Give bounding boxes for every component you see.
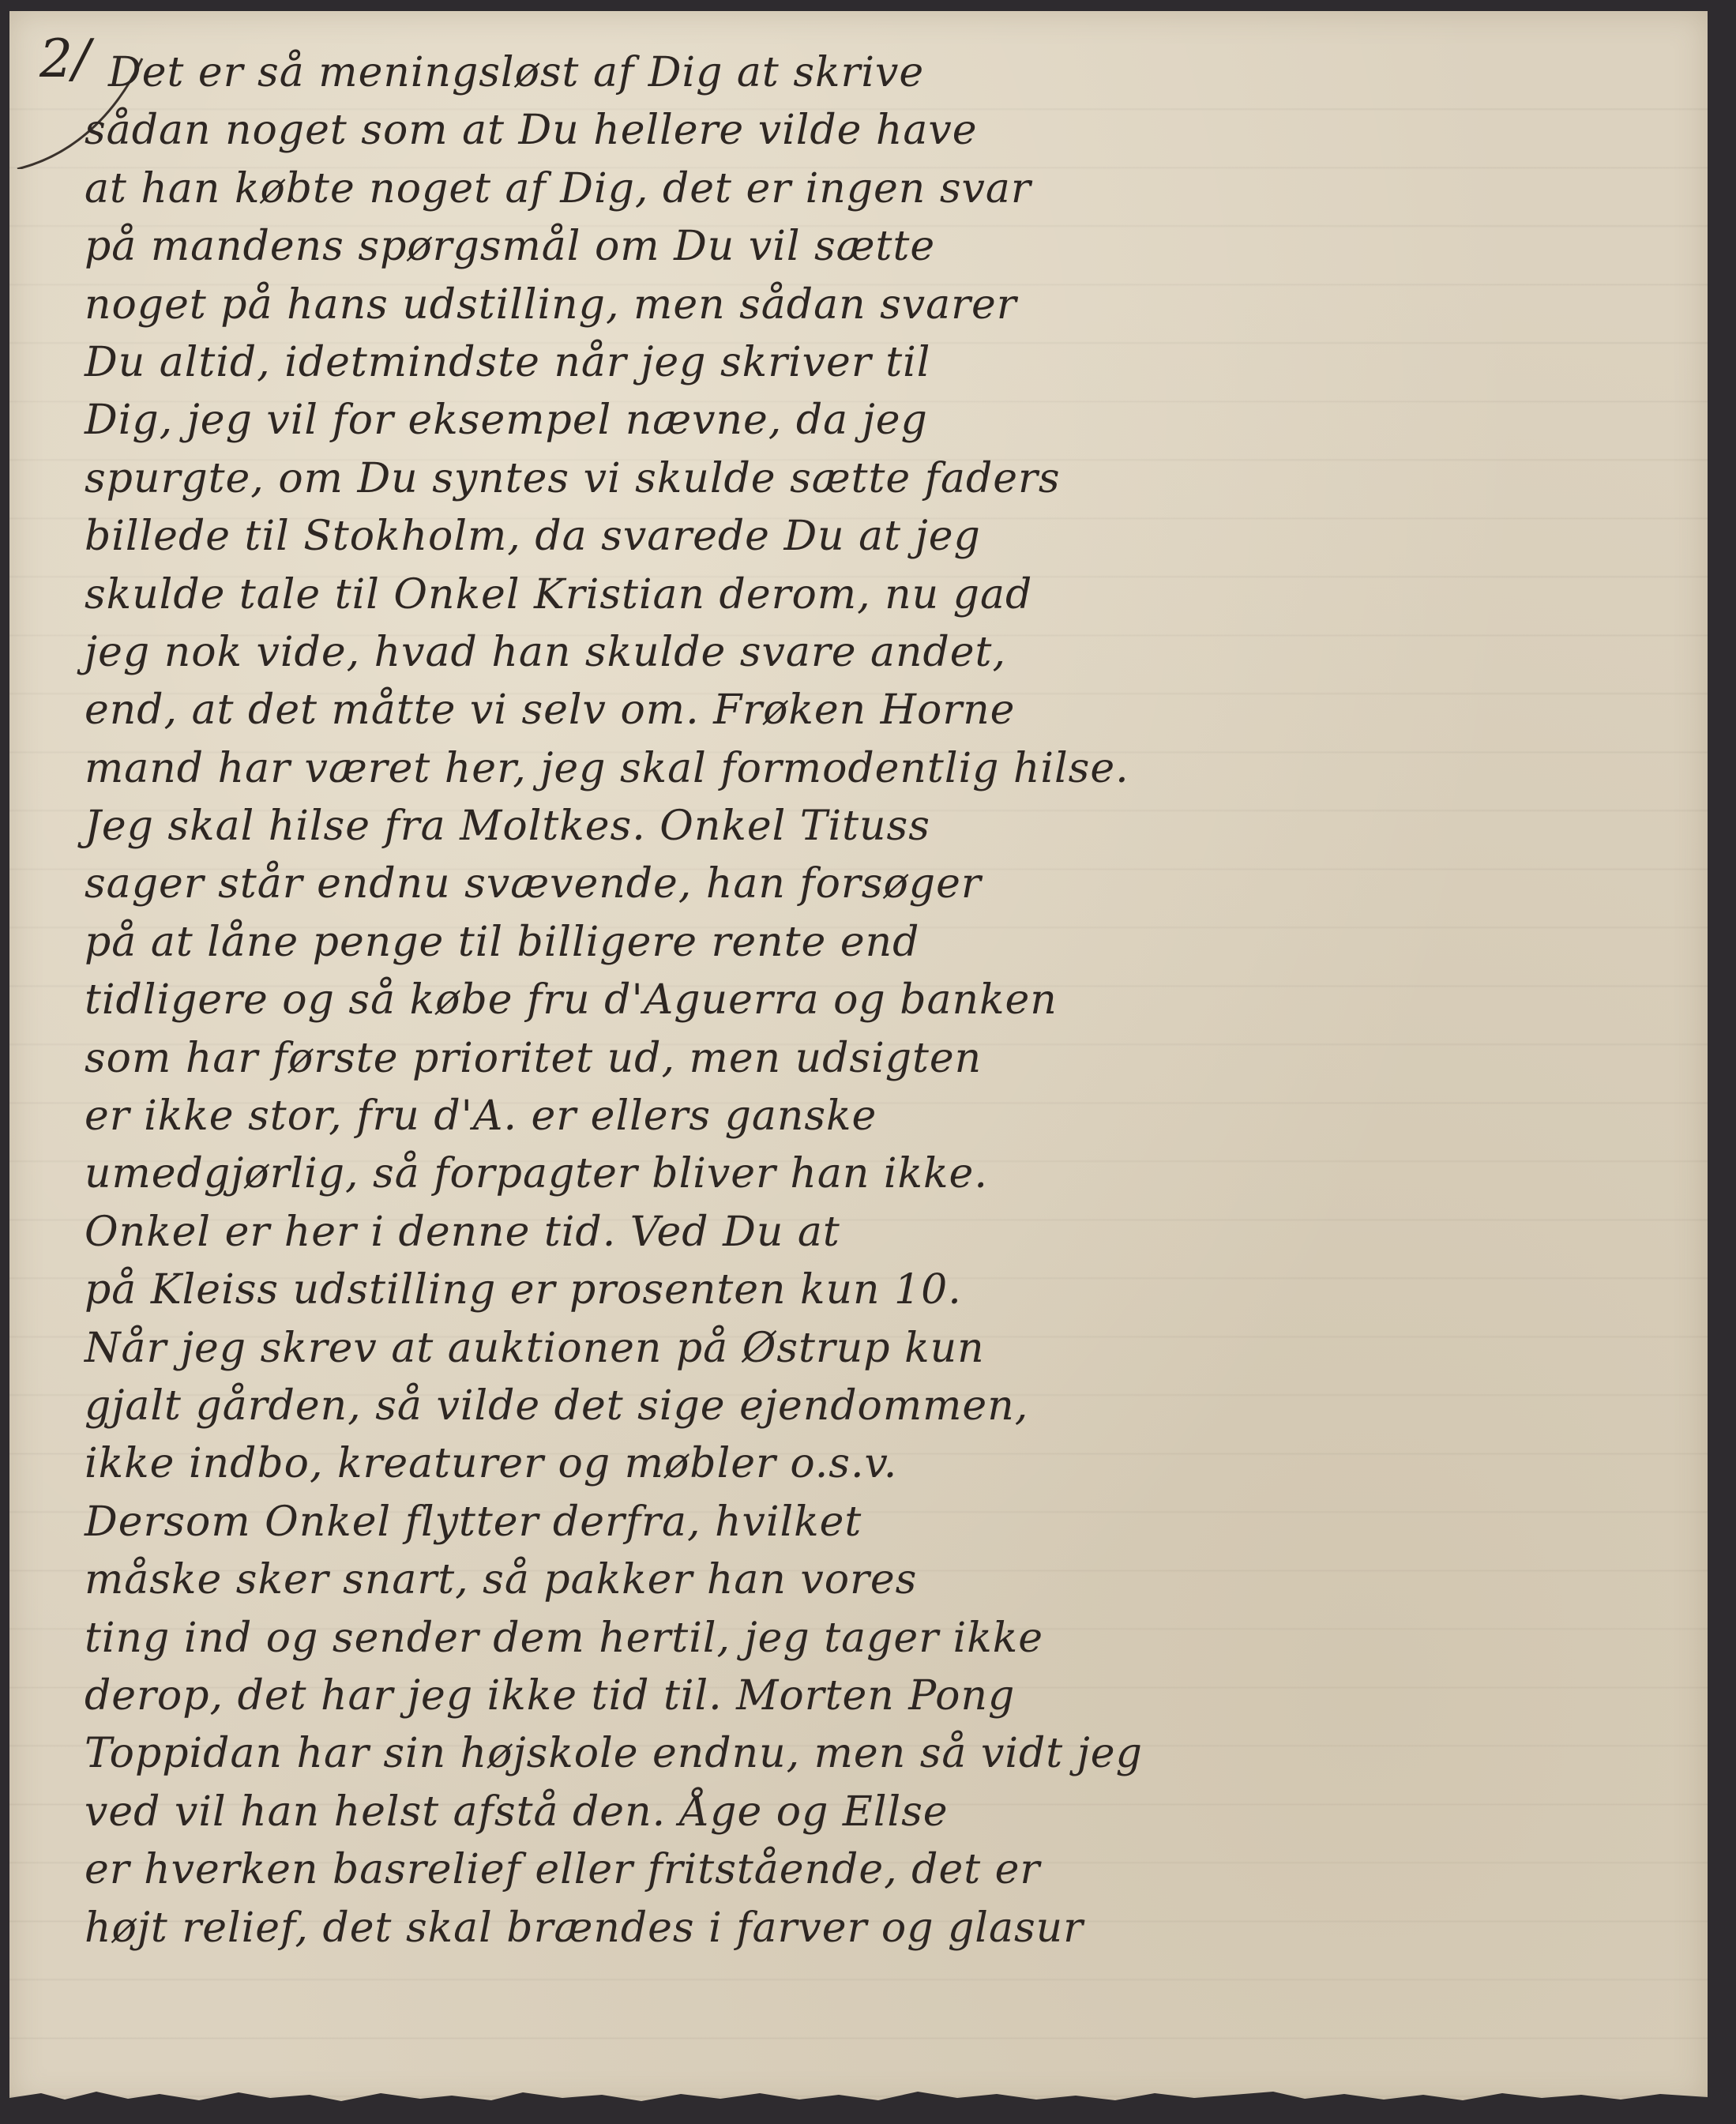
letter-body: Det er så meningsløst af Dig at skrive s… [85,44,1688,1957]
letter-line: umedgjørlig, så forpagter bliver han ikk… [85,1145,1688,1203]
letter-line: mand har været her, jeg skal formodentli… [85,740,1688,798]
letter-line: Dig, jeg vil for eksempel nævne, da jeg [85,392,1688,449]
letter-line: Onkel er her i denne tid. Ved Du at [85,1204,1688,1261]
letter-line: som har første prioritet ud, men udsigte… [85,1030,1688,1088]
letter-page: 2/ Det er så meningsløst af Dig at skriv… [9,11,1708,2104]
letter-line: højt relief, det skal brændes i farver o… [85,1900,1688,1957]
letter-line: ved vil han helst afstå den. Åge og Ells… [85,1784,1688,1841]
page-number: 2/ [39,28,90,89]
letter-line: billede til Stokholm, da svarede Du at j… [85,508,1688,566]
letter-line: sager står endnu svævende, han forsøger [85,855,1688,913]
letter-line: end, at det måtte vi selv om. Frøken Hor… [85,682,1688,739]
letter-line: Du altid, idetmindste når jeg skriver ti… [85,334,1688,392]
letter-line: er ikke stor, fru d'A. er ellers ganske [85,1088,1688,1145]
letter-line: gjalt gården, så vilde det sige ejendomm… [85,1378,1688,1435]
letter-line: måske sker snart, så pakker han vores [85,1551,1688,1609]
torn-bottom-edge [9,2087,1708,2111]
letter-line: Jeg skal hilse fra Moltkes. Onkel Tituss [85,798,1688,855]
letter-line: Dersom Onkel flytter derfra, hvilket [85,1494,1688,1551]
letter-line: Det er så meningsløst af Dig at skrive [85,44,1688,102]
letter-line: sådan noget som at Du hellere vilde have [85,102,1688,160]
letter-line: spurgte, om Du syntes vi skulde sætte fa… [85,450,1688,508]
letter-line: er hverken basrelief eller fritstående, … [85,1841,1688,1899]
letter-line: på mandens spørgsmål om Du vil sætte [85,218,1688,276]
letter-line: skulde tale til Onkel Kristian derom, nu… [85,566,1688,624]
letter-line: på at låne penge til billigere rente end [85,914,1688,972]
letter-line: Toppidan har sin højskole endnu, men så … [85,1725,1688,1783]
letter-line: på Kleiss udstilling er prosenten kun 10… [85,1261,1688,1319]
letter-line: Når jeg skrev at auktionen på Østrup kun [85,1320,1688,1378]
letter-line: ting ind og sender dem hertil, jeg tager… [85,1610,1688,1667]
letter-line: tidligere og så købe fru d'Aguerra og ba… [85,972,1688,1029]
letter-line: derop, det har jeg ikke tid til. Morten … [85,1667,1688,1725]
letter-line: jeg nok vide, hvad han skulde svare ande… [85,624,1688,682]
letter-line: noget på hans udstilling, men sådan svar… [85,276,1688,334]
letter-line: ikke indbo, kreaturer og møbler o.s.v. [85,1435,1688,1493]
letter-line: at han købte noget af Dig, det er ingen … [85,160,1688,218]
